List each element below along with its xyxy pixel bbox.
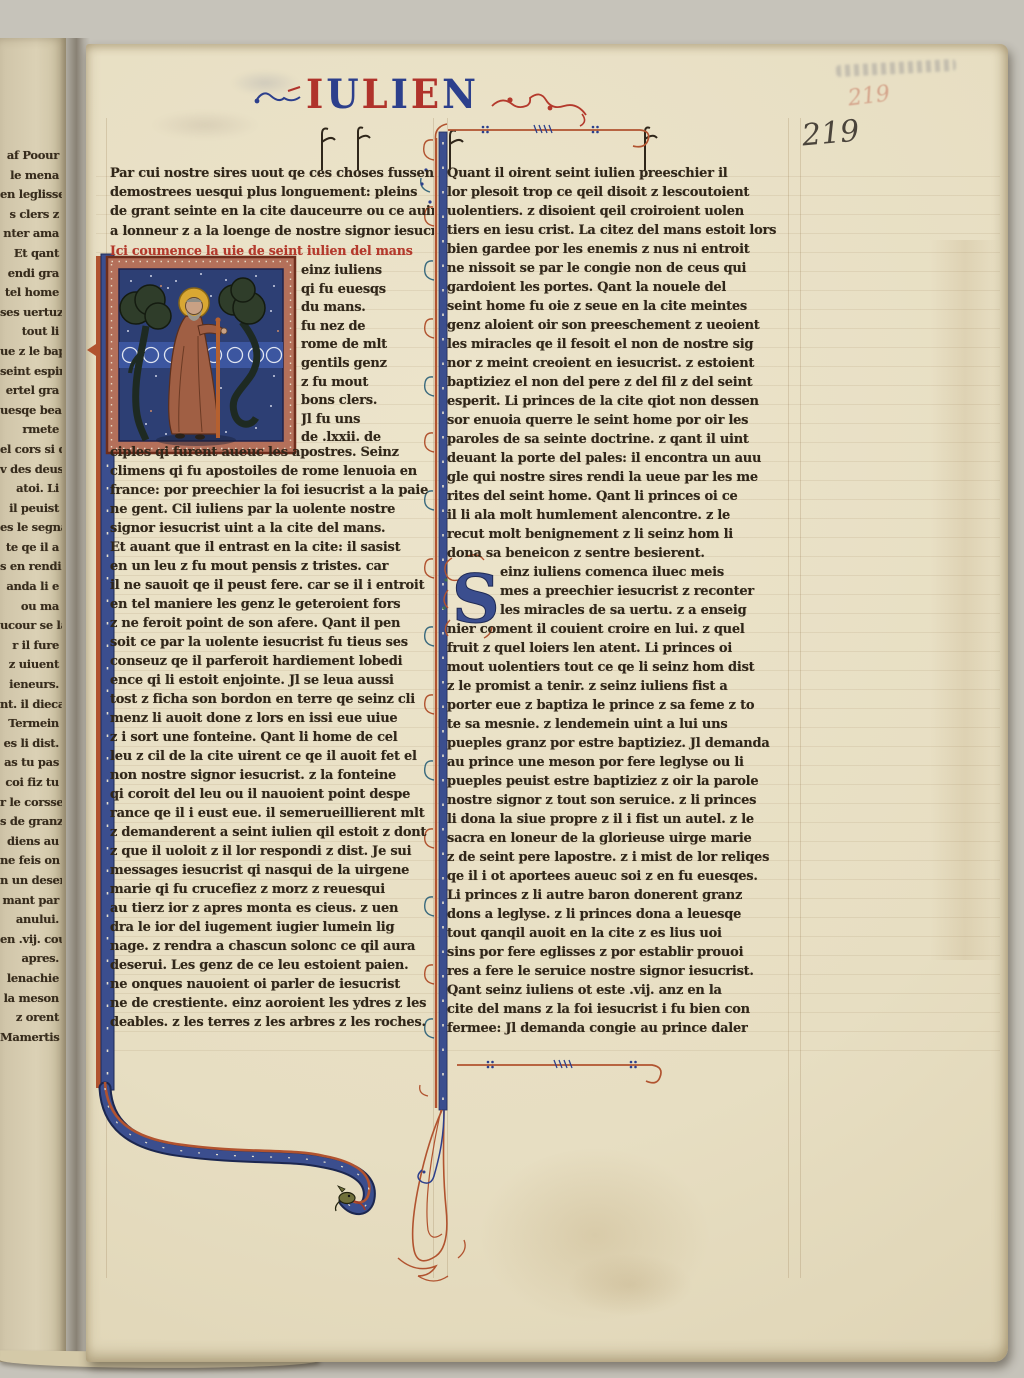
- historiated-initial-miniature: [106, 256, 296, 454]
- text-line: res a fere le seruice nostre signor iesu…: [447, 964, 789, 983]
- text-line: deables. z les terres z les arbres z les…: [110, 1015, 434, 1034]
- facing-text-line: ieneurs.: [0, 677, 62, 697]
- manuscript-scan: af Poourle menaen leglisses clers znter …: [0, 0, 1024, 1378]
- text-line: fermee: Jl demanda congie au prince dale…: [447, 1021, 789, 1040]
- showthrough-mark: [150, 110, 260, 140]
- facing-page-edge: af Poourle menaen leglisses clers znter …: [0, 38, 66, 1362]
- text-line: bons clers.: [301, 393, 433, 412]
- facing-text-line: seint espir.: [0, 364, 62, 384]
- vertical-ruling: [800, 118, 801, 1278]
- facing-text-line: rmete: [0, 422, 62, 442]
- facing-text-line: ses uertuz: [0, 305, 62, 325]
- title-flourish-left-icon: [250, 82, 308, 112]
- text-line: au tierz ior z apres monta es cieus. z u…: [110, 901, 434, 920]
- text-line: france: por preechier la foi iesucrist a…: [110, 483, 434, 502]
- column1-body: ciples qi furent aueuc les apostres. Sei…: [110, 445, 434, 1034]
- text-line: deuant la porte del pales: il encontra u…: [447, 451, 789, 470]
- facing-text-line: en .vij. cou: [0, 932, 62, 952]
- text-line: baptiziez el non del pere z del fil z de…: [447, 375, 789, 394]
- text-line: gle qui nostre sires rendi la ueue par l…: [447, 470, 789, 489]
- text-line: seint home fu oie z seue en la cite mein…: [447, 299, 789, 318]
- text-line: soit ce par la uolente iesucrist fu tieu…: [110, 635, 434, 654]
- text-line: il ne sauoit qe il peust fere. car se il…: [110, 578, 434, 597]
- text-line: ne nissoit se par le congie non de ceus …: [447, 261, 789, 280]
- text-line: climens qi fu apostoiles de rome lenuoia…: [110, 464, 434, 483]
- facing-text-line: ertel gra: [0, 383, 62, 403]
- text-line: esperit. Li princes de la cite qiot non …: [447, 394, 789, 413]
- text-line: sacra en loneur de la glorieuse uirge ma…: [447, 831, 789, 850]
- text-line: z de seint pere lapostre. z i mist de lo…: [447, 850, 789, 869]
- facing-text-line: s clers z: [0, 207, 62, 227]
- text-line: demostrees uesqui plus longuement: plein…: [110, 185, 434, 204]
- facing-text-line: endi gra: [0, 266, 62, 286]
- column1-beside-initial: einz iuliensqi fu euesqsdu mans.fu nez d…: [301, 263, 433, 449]
- text-line: Et auant que il entrast en la cite: il s…: [110, 540, 434, 559]
- running-title-letter: I: [306, 70, 326, 118]
- text-line: marie qi fu crucefiez z morz z reuesqui: [110, 882, 434, 901]
- text-line: sins por fere eglisses z por establir pr…: [447, 945, 789, 964]
- text-line: genz aloient oir son preeschement z ueoi…: [447, 318, 789, 337]
- text-line: nostre signor z tout son seruice. z li p…: [447, 793, 789, 812]
- facing-text-line: af Poour: [0, 148, 62, 168]
- facing-text-line: coi fiz tu: [0, 775, 62, 795]
- facing-text-line: tel home: [0, 285, 62, 305]
- text-line: ciples qi furent aueuc les apostres. Sei…: [110, 445, 434, 464]
- text-line: en un leu z fu mout pensis z tristes. ca…: [110, 559, 434, 578]
- text-line: pueples peuist estre baptiziez z oir la …: [447, 774, 789, 793]
- red-flag-ornament: [87, 344, 96, 356]
- text-line: nage. z rendra a chascun solonc ce qil a…: [110, 939, 434, 958]
- text-line: bien gardee por les enemis z nus ni entr…: [447, 242, 789, 261]
- facing-text-line: ue z le bap: [0, 344, 62, 364]
- text-line: gentils genz: [301, 356, 433, 375]
- text-line: paroles de sa seinte doctrine. z qant il…: [447, 432, 789, 451]
- text-line: Qant seinz iuliens ot este .vij. anz en …: [447, 983, 789, 1002]
- text-line: ne onques nauoient oi parler de iesucris…: [110, 977, 434, 996]
- text-line: z le promist a tenir. z seinz iuliens fi…: [447, 679, 789, 698]
- text-line: dons a leglyse. z li princes dona a leue…: [447, 907, 789, 926]
- text-line: Jl fu uns: [301, 412, 433, 431]
- facing-text-line: uesqe bea: [0, 403, 62, 423]
- facing-text-line: ucour se la: [0, 618, 62, 638]
- facing-text-line: es li dist.: [0, 736, 62, 756]
- facing-text-line: te qe il a: [0, 540, 62, 560]
- text-line: sor enuoia querre le seint home por oir …: [447, 413, 789, 432]
- text-line: tiers en iesu crist. La citez del mans e…: [447, 223, 789, 242]
- column2-body: nier coment il couient croire en lui. z …: [447, 622, 789, 1040]
- text-line: Quant il oirent seint iulien preeschier …: [447, 166, 789, 185]
- text-line: nier coment il couient croire en lui. z …: [447, 622, 789, 641]
- facing-text-line: diens au: [0, 834, 62, 854]
- folio-number-faint: 219: [847, 82, 892, 112]
- text-line: rance qe il i eust eue. il semerueillier…: [110, 806, 434, 825]
- text-line: uolentiers. z disoient qeil croiroient u…: [447, 204, 789, 223]
- running-title-letter: U: [326, 70, 361, 118]
- text-line: non nostre signor iesucrist. z la fontei…: [110, 768, 434, 787]
- text-line: z demanderent a seint iulien qil estoit …: [110, 825, 434, 844]
- facing-text-line: es le segna: [0, 520, 62, 540]
- text-line: nor z meint creoient en iesucrist. z est…: [447, 356, 789, 375]
- facing-text-line: Mamertis: [0, 1030, 62, 1050]
- text-line: einz iuliens: [301, 263, 433, 282]
- text-line: ne de crestiente. einz aoroient les ydre…: [110, 996, 434, 1015]
- facing-text-line: Termein: [0, 716, 62, 736]
- facing-text-line: r le corsseit: [0, 795, 62, 815]
- facing-text-line: anului.: [0, 912, 62, 932]
- text-line: les miracles qe il fesoit el non de nost…: [447, 337, 789, 356]
- text-line: au prince une meson por fere leglyse ou …: [447, 755, 789, 774]
- text-line: gardoient les portes. Qant la nouele del: [447, 280, 789, 299]
- facing-text-line: apres.: [0, 951, 62, 971]
- text-line: dona sa beneicon z sentre besierent.: [447, 546, 789, 565]
- facing-text-line: r il fure: [0, 638, 62, 658]
- facing-text-line: n un deser: [0, 873, 62, 893]
- text-line: signor iesucrist uint a la cite del mans…: [110, 521, 434, 540]
- text-line: cite del mans z la foi iesucrist i fu bi…: [447, 1002, 789, 1021]
- text-line: ence qi li estoit enjointe. Jl se leua a…: [110, 673, 434, 692]
- text-line: recut molt benignement z li seinz hom li: [447, 527, 789, 546]
- facing-page-text-fragments: af Poourle menaen leglisses clers znter …: [0, 148, 62, 1088]
- folio-number: 219: [801, 114, 861, 154]
- text-line: il li ala molt humlement alencontre. z l…: [447, 508, 789, 527]
- text-line: de grant seinte en la cite dauceurre ou …: [110, 204, 434, 223]
- text-line: rites del seint home. Qant li princes oi…: [447, 489, 789, 508]
- text-line: z fu mout: [301, 375, 433, 394]
- facing-text-line: ne feis on: [0, 853, 62, 873]
- facing-text-line: anda li e: [0, 579, 62, 599]
- facing-text-line: le mena: [0, 168, 62, 188]
- text-line: rome de mlt: [301, 337, 433, 356]
- facing-text-line: v des deus: [0, 462, 62, 482]
- rubric-line: Ici coumence la uie de seint iulien del …: [110, 243, 434, 262]
- text-line: du mans.: [301, 300, 433, 319]
- text-line: z que il uoloit z il lor respondi z dist…: [110, 844, 434, 863]
- facing-text-line: il peuist: [0, 501, 62, 521]
- text-line: tost z ficha son bordon en terre qe sein…: [110, 692, 434, 711]
- facing-text-line: mant par: [0, 893, 62, 913]
- text-line: les miracles de sa uertu. z a enseig: [500, 603, 790, 622]
- column2-part1: Quant il oirent seint iulien preeschier …: [447, 166, 789, 565]
- text-line: te sa mesnie. z lendemein uint a lui uns: [447, 717, 789, 736]
- text-line: leu z cil de la cite uirent ce qe il auo…: [110, 749, 434, 768]
- facing-text-line: nter ama: [0, 226, 62, 246]
- text-line: qi coroit del leu ou il nauoient point d…: [110, 787, 434, 806]
- text-line: fruit z quel loiers len atent. Li prince…: [447, 641, 789, 660]
- text-line: li dona la siue propre z il i fist un au…: [447, 812, 789, 831]
- facing-text-line: nt. il dieca: [0, 697, 62, 717]
- text-line: z i sort une fonteine. Qant li home de c…: [110, 730, 434, 749]
- text-line: Par cui nostre sires uout qe ces choses …: [110, 166, 434, 185]
- facing-text-line: as tu pas: [0, 755, 62, 775]
- text-line: menz li auoit done z lors en issi eue ui…: [110, 711, 434, 730]
- facing-text-line: atoi. Li: [0, 481, 62, 501]
- text-line: lor plesoit trop ce qeil disoit z lescou…: [447, 185, 789, 204]
- text-line: z ne feroit point de son afere. Qant il …: [110, 616, 434, 635]
- column2-initial-indent: einz iuliens comenca iluec meismes a pre…: [500, 565, 790, 622]
- text-line: mout uolentiers tout ce qe li seinz hom …: [447, 660, 789, 679]
- column1-intro: Par cui nostre sires uout qe ces choses …: [110, 166, 434, 243]
- text-line: pueples granz por estre baptiziez. Jl de…: [447, 736, 789, 755]
- text-line: deserui. Les genz de ce leu estoient pai…: [110, 958, 434, 977]
- facing-text-line: s de granz: [0, 814, 62, 834]
- facing-text-line: ou ma: [0, 599, 62, 619]
- facing-text-line: s en rendi: [0, 559, 62, 579]
- text-line: porter eue z baptiza le prince z sa feme…: [447, 698, 789, 717]
- text-line: a lonneur z a la loenge de nostre signor…: [110, 224, 434, 243]
- text-line: messages iesucrist qi nasqui de la uirge…: [110, 863, 434, 882]
- text-line: Li princes z li autre baron donerent gra…: [447, 888, 789, 907]
- text-line: qe il i ot aportees aueuc soi z en fu eu…: [447, 869, 789, 888]
- facing-text-line: la meson: [0, 991, 62, 1011]
- facing-text-line: z orent: [0, 1010, 62, 1030]
- facing-text-line: en leglisse: [0, 187, 62, 207]
- text-line: dra le ior del iugement iugier lumein li…: [110, 920, 434, 939]
- text-line: qi fu euesqs: [301, 282, 433, 301]
- text-line: fu nez de: [301, 319, 433, 338]
- text-line: mes a preechier iesucrist z reconter: [500, 584, 790, 603]
- facing-text-line: lenachie: [0, 971, 62, 991]
- facing-text-line: Et qant: [0, 246, 62, 266]
- running-title-letter: L: [362, 70, 391, 118]
- text-line: einz iuliens comenca iluec meis: [500, 565, 790, 584]
- facing-text-line: tout li: [0, 324, 62, 344]
- text-line: en tel maniere les genz le geteroient fo…: [110, 597, 434, 616]
- facing-text-line: el cors si q: [0, 442, 62, 462]
- facing-text-line: z uiuent: [0, 657, 62, 677]
- text-line: tout qanqil auoit en la cite z es lius u…: [447, 926, 789, 945]
- text-line: conseuz qe il parferoit hardiement lobed…: [110, 654, 434, 673]
- text-line: ne gent. Cil iuliens par la uolente nost…: [110, 502, 434, 521]
